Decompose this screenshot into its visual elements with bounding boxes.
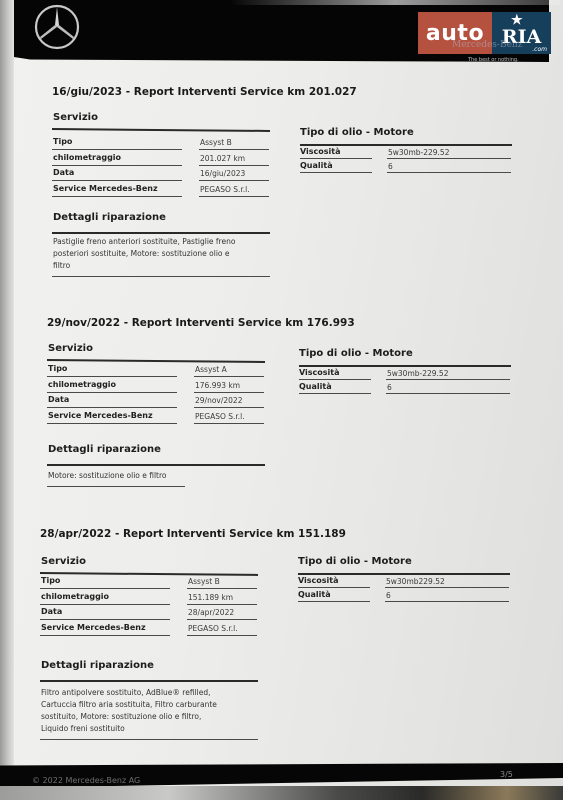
dettagli-heading: Dettagli riparazione [41,660,154,671]
header-gloss [230,0,560,5]
row-divider [52,180,182,181]
olio-heading: Tipo di olio - Motore [298,556,412,567]
olio-rule [298,573,510,575]
row-divider [199,165,269,166]
olio-row-value: 5w30mb-229.52 [388,148,449,157]
dettagli-line: Motore: sostituzione olio e filtro [48,470,278,482]
row-divider [300,158,372,159]
dettagli-end-rule [40,739,258,740]
dettagli-line: Pastiglie freno anteriori sostituite, Pa… [53,236,283,248]
footer-copyright: © 2022 Mercedes-Benz AG [32,776,140,785]
servizio-row-value: Assyst A [195,365,227,374]
servizio-row-value: 176.993 km [195,381,240,390]
servizio-row-label: chilometraggio [53,153,121,162]
olio-row-label: Viscosità [300,147,341,156]
olio-row-label: Qualità [298,590,331,599]
dettagli-line: filtro [53,260,283,272]
dettagli-rule [40,680,258,682]
olio-row-value: 5w30mb229.52 [386,577,445,586]
olio-row-value: 6 [387,383,392,392]
olio-rule [299,365,511,367]
row-divider [194,376,264,377]
servizio-row-label: chilometraggio [41,592,109,601]
brand-wordmark: Mercedes-Benz [452,40,522,50]
row-divider [40,588,170,589]
dettagli-text: Filtro antipolvere sostituito, AdBlue® r… [41,687,271,735]
row-divider [40,635,170,636]
watermark-com: .com [532,46,547,53]
servizio-heading: Servizio [53,112,98,123]
servizio-row-label: Service Mercedes-Benz [53,184,158,193]
report-title: 28/apr/2022 - Report Interventi Service … [40,528,346,540]
row-divider [52,149,182,150]
report-title: 29/nov/2022 - Report Interventi Service … [47,317,355,329]
olio-row-label: Qualità [300,161,333,170]
row-divider [187,635,257,636]
row-divider [387,172,511,173]
dettagli-line: posteriori sostituite, Motore: sostituzi… [53,248,283,260]
row-divider [299,393,371,394]
olio-heading: Tipo di olio - Motore [300,127,414,138]
row-divider [386,393,510,394]
row-divider [52,165,182,166]
background-bottom [0,786,563,800]
row-divider [385,587,509,588]
row-divider [52,196,182,197]
dettagli-text: Pastiglie freno anteriori sostituite, Pa… [53,236,283,272]
brand-tagline: The best or nothing. [468,57,519,63]
star-icon: ★ [511,13,523,28]
row-divider [40,604,170,605]
dettagli-heading: Dettagli riparazione [48,444,161,455]
row-divider [187,588,257,589]
row-divider [194,392,264,393]
servizio-row-value: 151.189 km [188,593,233,602]
background-edge [0,0,14,800]
row-divider [194,423,264,424]
row-divider [47,392,177,393]
olio-row-label: Qualità [299,382,332,391]
row-divider [300,172,372,173]
row-divider [387,158,511,159]
dettagli-line: Liquido freni sostituito [41,723,271,735]
row-divider [187,619,257,620]
page-number: 3/5 [500,770,513,779]
servizio-row-label: Service Mercedes-Benz [41,623,146,632]
dettagli-line: Filtro antipolvere sostituito, AdBlue® r… [41,687,271,699]
servizio-row-value: PEGASO S.r.l. [188,624,238,633]
servizio-row-label: chilometraggio [48,380,116,389]
olio-row-label: Viscosità [298,576,339,585]
dettagli-heading: Dettagli riparazione [53,212,166,223]
olio-row-label: Viscosità [299,368,340,377]
dettagli-rule [52,232,270,234]
row-divider [199,149,269,150]
dettagli-rule [47,464,265,466]
report-title: 16/giu/2023 - Report Interventi Service … [52,86,357,98]
olio-rule [300,144,512,146]
servizio-heading: Servizio [41,556,86,567]
servizio-row-value: 29/nov/2022 [195,396,242,405]
row-divider [199,196,269,197]
servizio-row-label: Tipo [48,364,67,373]
servizio-row-label: Tipo [53,137,72,146]
servizio-row-value: 16/giu/2023 [200,169,245,178]
mercedes-star-icon [32,3,82,51]
servizio-row-label: Tipo [41,576,60,585]
row-divider [47,376,177,377]
row-divider [298,587,370,588]
servizio-row-value: 28/apr/2022 [188,608,234,617]
servizio-row-label: Data [41,607,62,616]
dettagli-line: sostituito, Motore: sostituzione olio e … [41,711,271,723]
row-divider [194,407,264,408]
servizio-row-value: Assyst B [188,577,220,586]
servizio-row-label: Data [48,395,69,404]
olio-row-value: 6 [388,162,393,171]
row-divider [199,180,269,181]
row-divider [187,604,257,605]
servizio-row-label: Data [53,168,74,177]
dettagli-line: Cartuccia filtro aria sostituita, Filtro… [41,699,271,711]
olio-heading: Tipo di olio - Motore [299,348,413,359]
olio-row-value: 5w30mb-229.52 [387,369,448,378]
row-divider [298,601,370,602]
row-divider [385,601,509,602]
dettagli-end-rule [52,276,270,277]
servizio-row-value: PEGASO S.r.l. [195,412,245,421]
row-divider [40,619,170,620]
dettagli-end-rule [47,486,185,487]
row-divider [386,379,510,380]
servizio-row-value: 201.027 km [200,154,245,163]
servizio-row-value: PEGASO S.r.l. [200,185,250,194]
row-divider [299,379,371,380]
servizio-row-label: Service Mercedes-Benz [48,411,153,420]
row-divider [47,423,177,424]
servizio-heading: Servizio [48,343,93,354]
dettagli-text: Motore: sostituzione olio e filtro [48,470,278,482]
row-divider [47,407,177,408]
olio-row-value: 6 [386,591,391,600]
servizio-row-value: Assyst B [200,138,232,147]
